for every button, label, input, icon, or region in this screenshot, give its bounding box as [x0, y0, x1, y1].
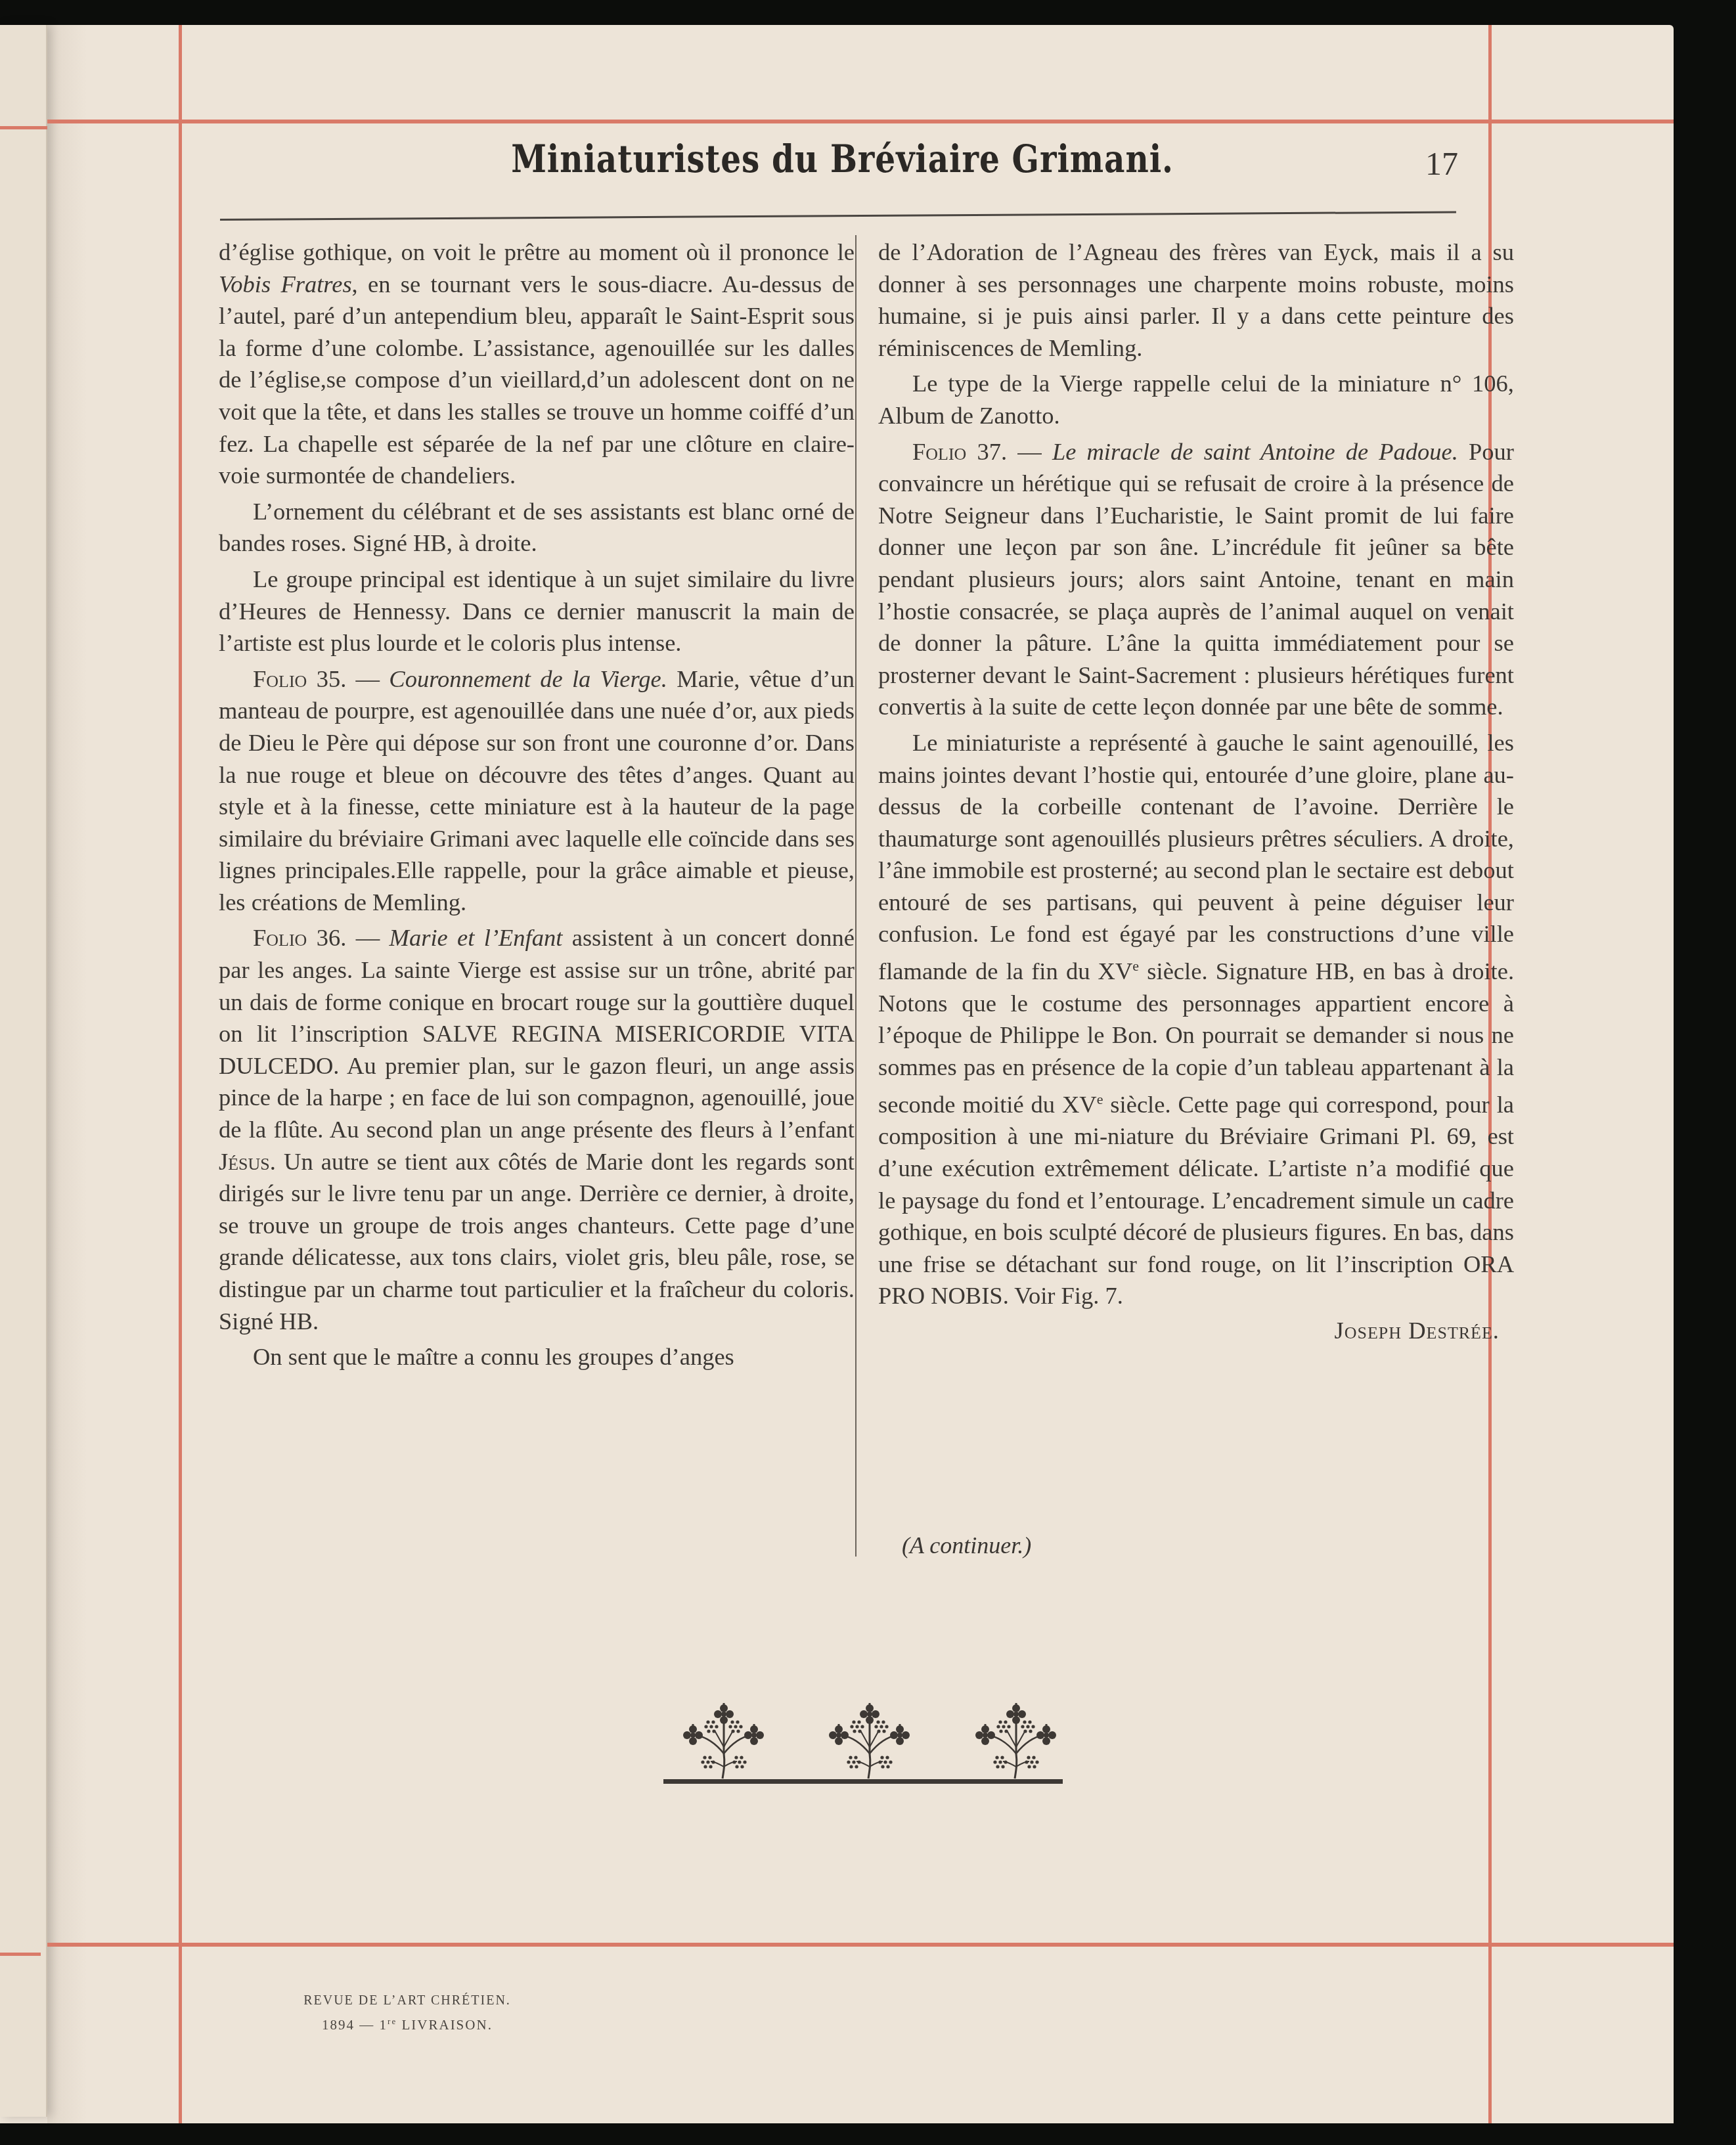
text-run: , en se tournant vers le sous-diacre. Au…	[219, 271, 855, 489]
red-rule-previous-page-top	[0, 126, 47, 129]
text-run: Folio	[253, 924, 307, 951]
text-run: . Un autre se tient aux côtés de Marie d…	[219, 1148, 855, 1335]
paragraph: Le miniaturiste a représenté à gauche le…	[878, 727, 1514, 1312]
text-run: Le miniaturiste a représenté à gauche le…	[878, 729, 1514, 984]
red-frame-rule-top	[47, 120, 1674, 123]
text-run: Pour convaincre un hérétique qui se refu…	[878, 438, 1514, 720]
fleuron-tailpiece-icon	[657, 1701, 1064, 1786]
issue-year: 1894	[322, 2017, 355, 2033]
paragraph: Le type de la Vierge rappelle celui de l…	[878, 368, 1514, 431]
text-run: d’église gothique, on voit le prêtre au …	[219, 238, 855, 265]
running-header: Miniaturistes du Bréviaire Grimani. 17	[220, 131, 1465, 204]
issue-line: 1894 — 1re LIVRAISON.	[263, 2011, 552, 2035]
paragraph: On sent que le maître a connu les groupe…	[219, 1341, 855, 1373]
text-run: Folio	[253, 665, 307, 692]
text-run: siècle. Cette page qui correspond, pour …	[878, 1091, 1514, 1310]
column-divider	[855, 235, 857, 1557]
text-run: L’ornement du célébrant et de ses assist…	[219, 498, 855, 557]
text-run: On sent que le maître a connu les groupe…	[253, 1343, 734, 1370]
text-run: Le type de la Vierge rappelle celui de l…	[878, 370, 1514, 429]
text-run: de l’Adoration de l’Agneau des frères va…	[878, 238, 1514, 361]
previous-page-edge	[0, 25, 47, 2117]
text-run: e	[1132, 958, 1139, 974]
italic-title: Le miracle de saint Antoine de Padoue.	[1052, 438, 1458, 465]
paragraph: d’église gothique, on voit le prêtre au …	[219, 236, 855, 492]
italic-title: Vobis Fratres	[219, 271, 352, 298]
issue-separator: —	[359, 2017, 374, 2033]
paragraph: Le groupe principal est identique à un s…	[219, 564, 855, 659]
red-frame-rule-left	[179, 25, 182, 2123]
running-title: Miniaturistes du Bréviaire Grimani.	[263, 137, 1421, 181]
red-frame-rule-bottom	[47, 1943, 1674, 1947]
issue-suffix: re	[388, 2016, 397, 2026]
journal-footer: REVUE DE L’ART CHRÉTIEN. 1894 — 1re LIVR…	[263, 1990, 552, 2035]
italic-title: Marie et l’Enfant	[389, 924, 563, 951]
continuation-note: (A continuer.)	[902, 1532, 1031, 1559]
paragraph: L’ornement du célébrant et de ses assist…	[219, 496, 855, 560]
page-number: 17	[1425, 144, 1458, 183]
journal-name: REVUE DE L’ART CHRÉTIEN.	[263, 1990, 552, 2011]
text-run: 36. —	[307, 924, 389, 951]
text-run: e	[1097, 1091, 1103, 1107]
text-run: Jésus	[219, 1148, 270, 1175]
paragraph: Folio 35. — Couronnement de la Vierge. M…	[219, 663, 855, 919]
text-run: 37. —	[966, 438, 1052, 465]
left-text-column: d’église gothique, on voit le prêtre au …	[219, 236, 855, 1373]
author-signature: Joseph Destrée.	[878, 1315, 1514, 1347]
text-run: Marie, vêtue d’un manteau de pourpre, es…	[219, 665, 855, 916]
right-text-column: de l’Adoration de l’Agneau des frères va…	[878, 236, 1514, 1347]
gutter-shadow	[47, 25, 87, 2123]
issue-number: 1	[380, 2017, 388, 2033]
paragraph: Folio 37. — Le miracle de saint Antoine …	[878, 436, 1514, 723]
text-run: 35. —	[307, 665, 389, 692]
italic-title: Couronnement de la Vierge.	[389, 665, 667, 692]
text-run: Folio	[912, 438, 966, 465]
text-run: Le groupe principal est identique à un s…	[219, 565, 855, 656]
issue-label: LIVRAISON.	[401, 2017, 492, 2033]
red-rule-previous-page-bottom	[0, 1953, 41, 1956]
text-run: assistent à un concert donné par les ang…	[219, 924, 855, 1143]
paragraph: de l’Adoration de l’Agneau des frères va…	[878, 236, 1514, 364]
paragraph: Folio 36. — Marie et l’Enfant assistent …	[219, 922, 855, 1337]
